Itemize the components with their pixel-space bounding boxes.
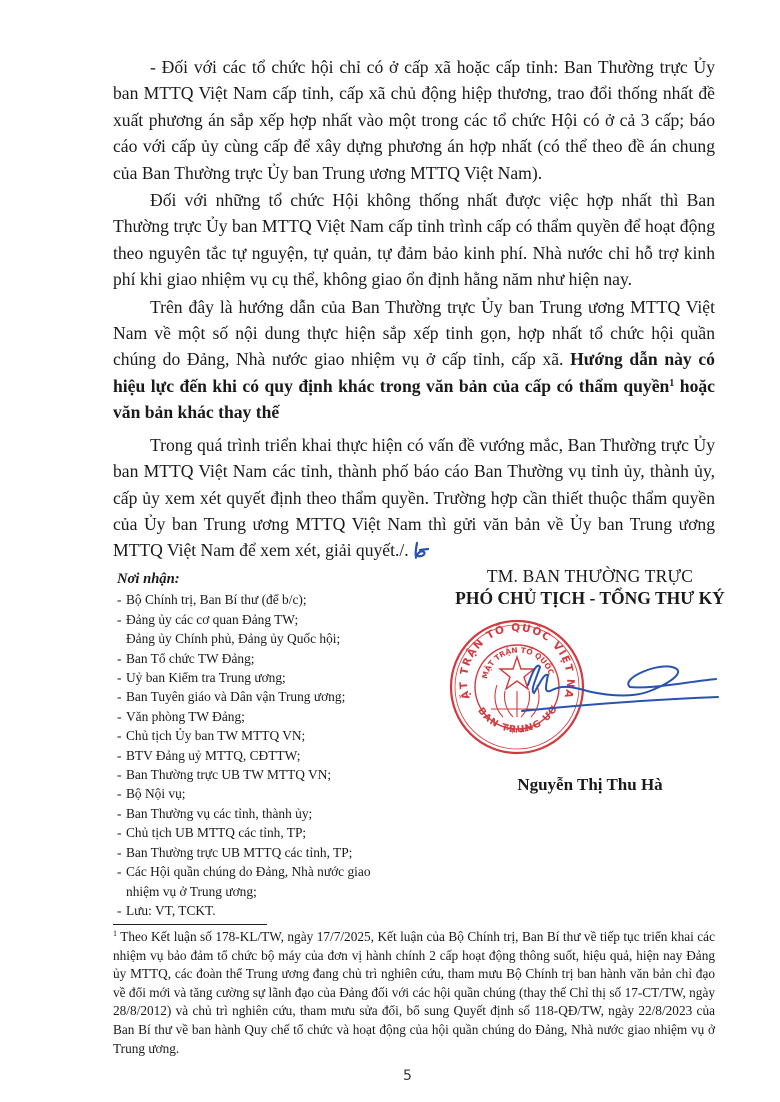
recipient-item: -Chủ tịch UB MTTQ các tỉnh, TP;	[117, 823, 397, 842]
page-number: 5	[0, 1068, 780, 1084]
signature-block: TM. BAN THƯỜNG TRỰC PHÓ CHỦ TỊCH - TỔNG …	[430, 565, 750, 609]
recipients-list: -Bộ Chính trị, Ban Bí thư (để b/c);-Đảng…	[117, 590, 397, 920]
document-page: - Đối với các tổ chức hội chỉ có ở cấp x…	[0, 0, 780, 1102]
footnote-text: Theo Kết luận số 178-KL/TW, ngày 17/7/20…	[113, 929, 715, 1056]
recipient-item: -BTV Đảng uỷ MTTQ, CĐTTW;	[117, 746, 397, 765]
recipient-item: -Ban Thường trực UB MTTQ các tỉnh, TP;	[117, 843, 397, 862]
recipients-title: Nơi nhận:	[117, 570, 397, 589]
recipient-item: -Các Hội quần chúng do Đảng, Nhà nước gi…	[117, 862, 397, 901]
recipient-item: -Văn phòng TW Đảng;	[117, 707, 397, 726]
initial-mark-icon	[413, 541, 429, 559]
signature-position-line: PHÓ CHỦ TỊCH - TỔNG THƯ KÝ	[430, 587, 750, 609]
handwritten-signature-icon	[520, 655, 720, 725]
recipient-item: -Bộ Chính trị, Ban Bí thư (để b/c);	[117, 590, 397, 609]
recipient-item: -Ban Tổ chức TW Đảng;	[117, 649, 397, 668]
recipients-block: Nơi nhận: -Bộ Chính trị, Ban Bí thư (để …	[117, 570, 397, 920]
recipient-item: -Ban Tuyên giáo và Dân vận Trung ương;	[117, 687, 397, 706]
signer-name: Nguyễn Thị Thu Hà	[430, 775, 750, 795]
paragraph-4: Trong quá trình triển khai thực hiện có …	[113, 432, 715, 564]
recipient-item: -Uỷ ban Kiểm tra Trung ương;	[117, 668, 397, 687]
recipient-item: -Bộ Nội vụ;	[117, 784, 397, 803]
recipient-item: -Chủ tịch Ủy ban TW MTTQ VN;	[117, 726, 397, 745]
recipient-item: -Ban Thường vụ các tỉnh, thành ủy;	[117, 804, 397, 823]
paragraph-1: - Đối với các tổ chức hội chỉ có ở cấp x…	[113, 54, 715, 186]
footnote: 1 Theo Kết luận số 178-KL/TW, ngày 17/7/…	[113, 928, 715, 1058]
recipient-item: -Đảng ủy các cơ quan Đảng TW;Đảng ủy Chí…	[117, 610, 397, 649]
body-text: - Đối với các tổ chức hội chỉ có ở cấp x…	[113, 54, 715, 564]
footnote-separator	[113, 924, 267, 925]
paragraph-3: Trên đây là hướng dẫn của Ban Thường trự…	[113, 294, 715, 426]
paragraph-2: Đối với những tổ chức Hội không thống nh…	[113, 187, 715, 293]
recipient-item: -Lưu: VT, TCKT.	[117, 901, 397, 920]
signature-org-line: TM. BAN THƯỜNG TRỰC	[430, 565, 750, 587]
recipient-item: -Ban Thường trực UB TW MTTQ VN;	[117, 765, 397, 784]
